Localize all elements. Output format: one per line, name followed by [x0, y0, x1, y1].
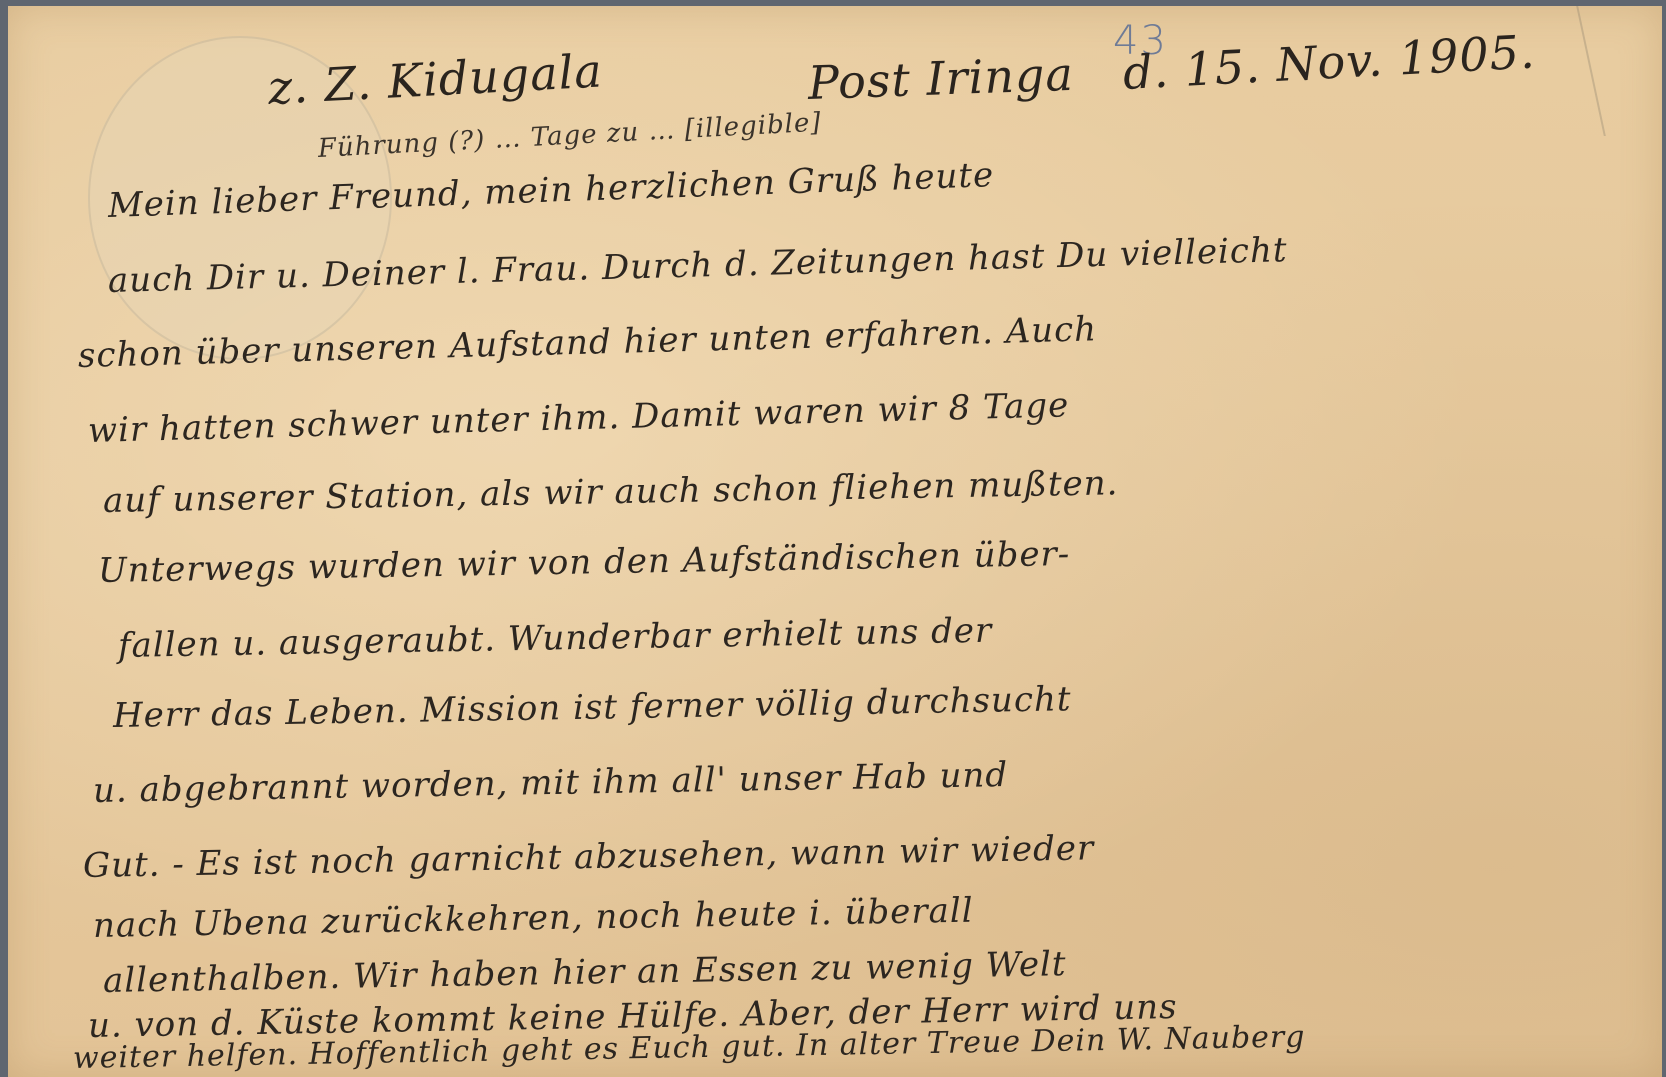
- header-subline: Führung (?) … Tage zu … [illegible]: [317, 108, 822, 164]
- letter-line-4: wir hatten schwer unter ihm. Damit waren…: [87, 385, 1069, 451]
- postcard: 43 z. Z. Kidugala Post Iringa d. 15. Nov…: [8, 6, 1662, 1077]
- header-post: Post Iringa: [807, 47, 1075, 110]
- letter-line-8: Herr das Leben. Mission ist ferner völli…: [113, 679, 1072, 736]
- corner-crease: [1576, 6, 1666, 136]
- letter-line-7: fallen u. ausgeraubt. Wunderbar erhielt …: [118, 611, 993, 666]
- letter-line-6: Unterwegs wurden wir von den Aufständisc…: [98, 534, 1071, 591]
- header-date: d. 15. Nov. 1905.: [1122, 24, 1537, 100]
- letter-line-5: auf unserer Station, als wir auch schon …: [103, 463, 1119, 521]
- header-place: z. Z. Kidugala: [267, 44, 604, 115]
- letter-line-10: Gut. - Es ist noch garnicht abzusehen, w…: [83, 828, 1095, 886]
- letter-line-9: u. abgebrannt worden, mit ihm all' unser…: [93, 755, 1009, 811]
- letter-line-11: nach Ubena zurückkehren, noch heute i. ü…: [93, 891, 974, 946]
